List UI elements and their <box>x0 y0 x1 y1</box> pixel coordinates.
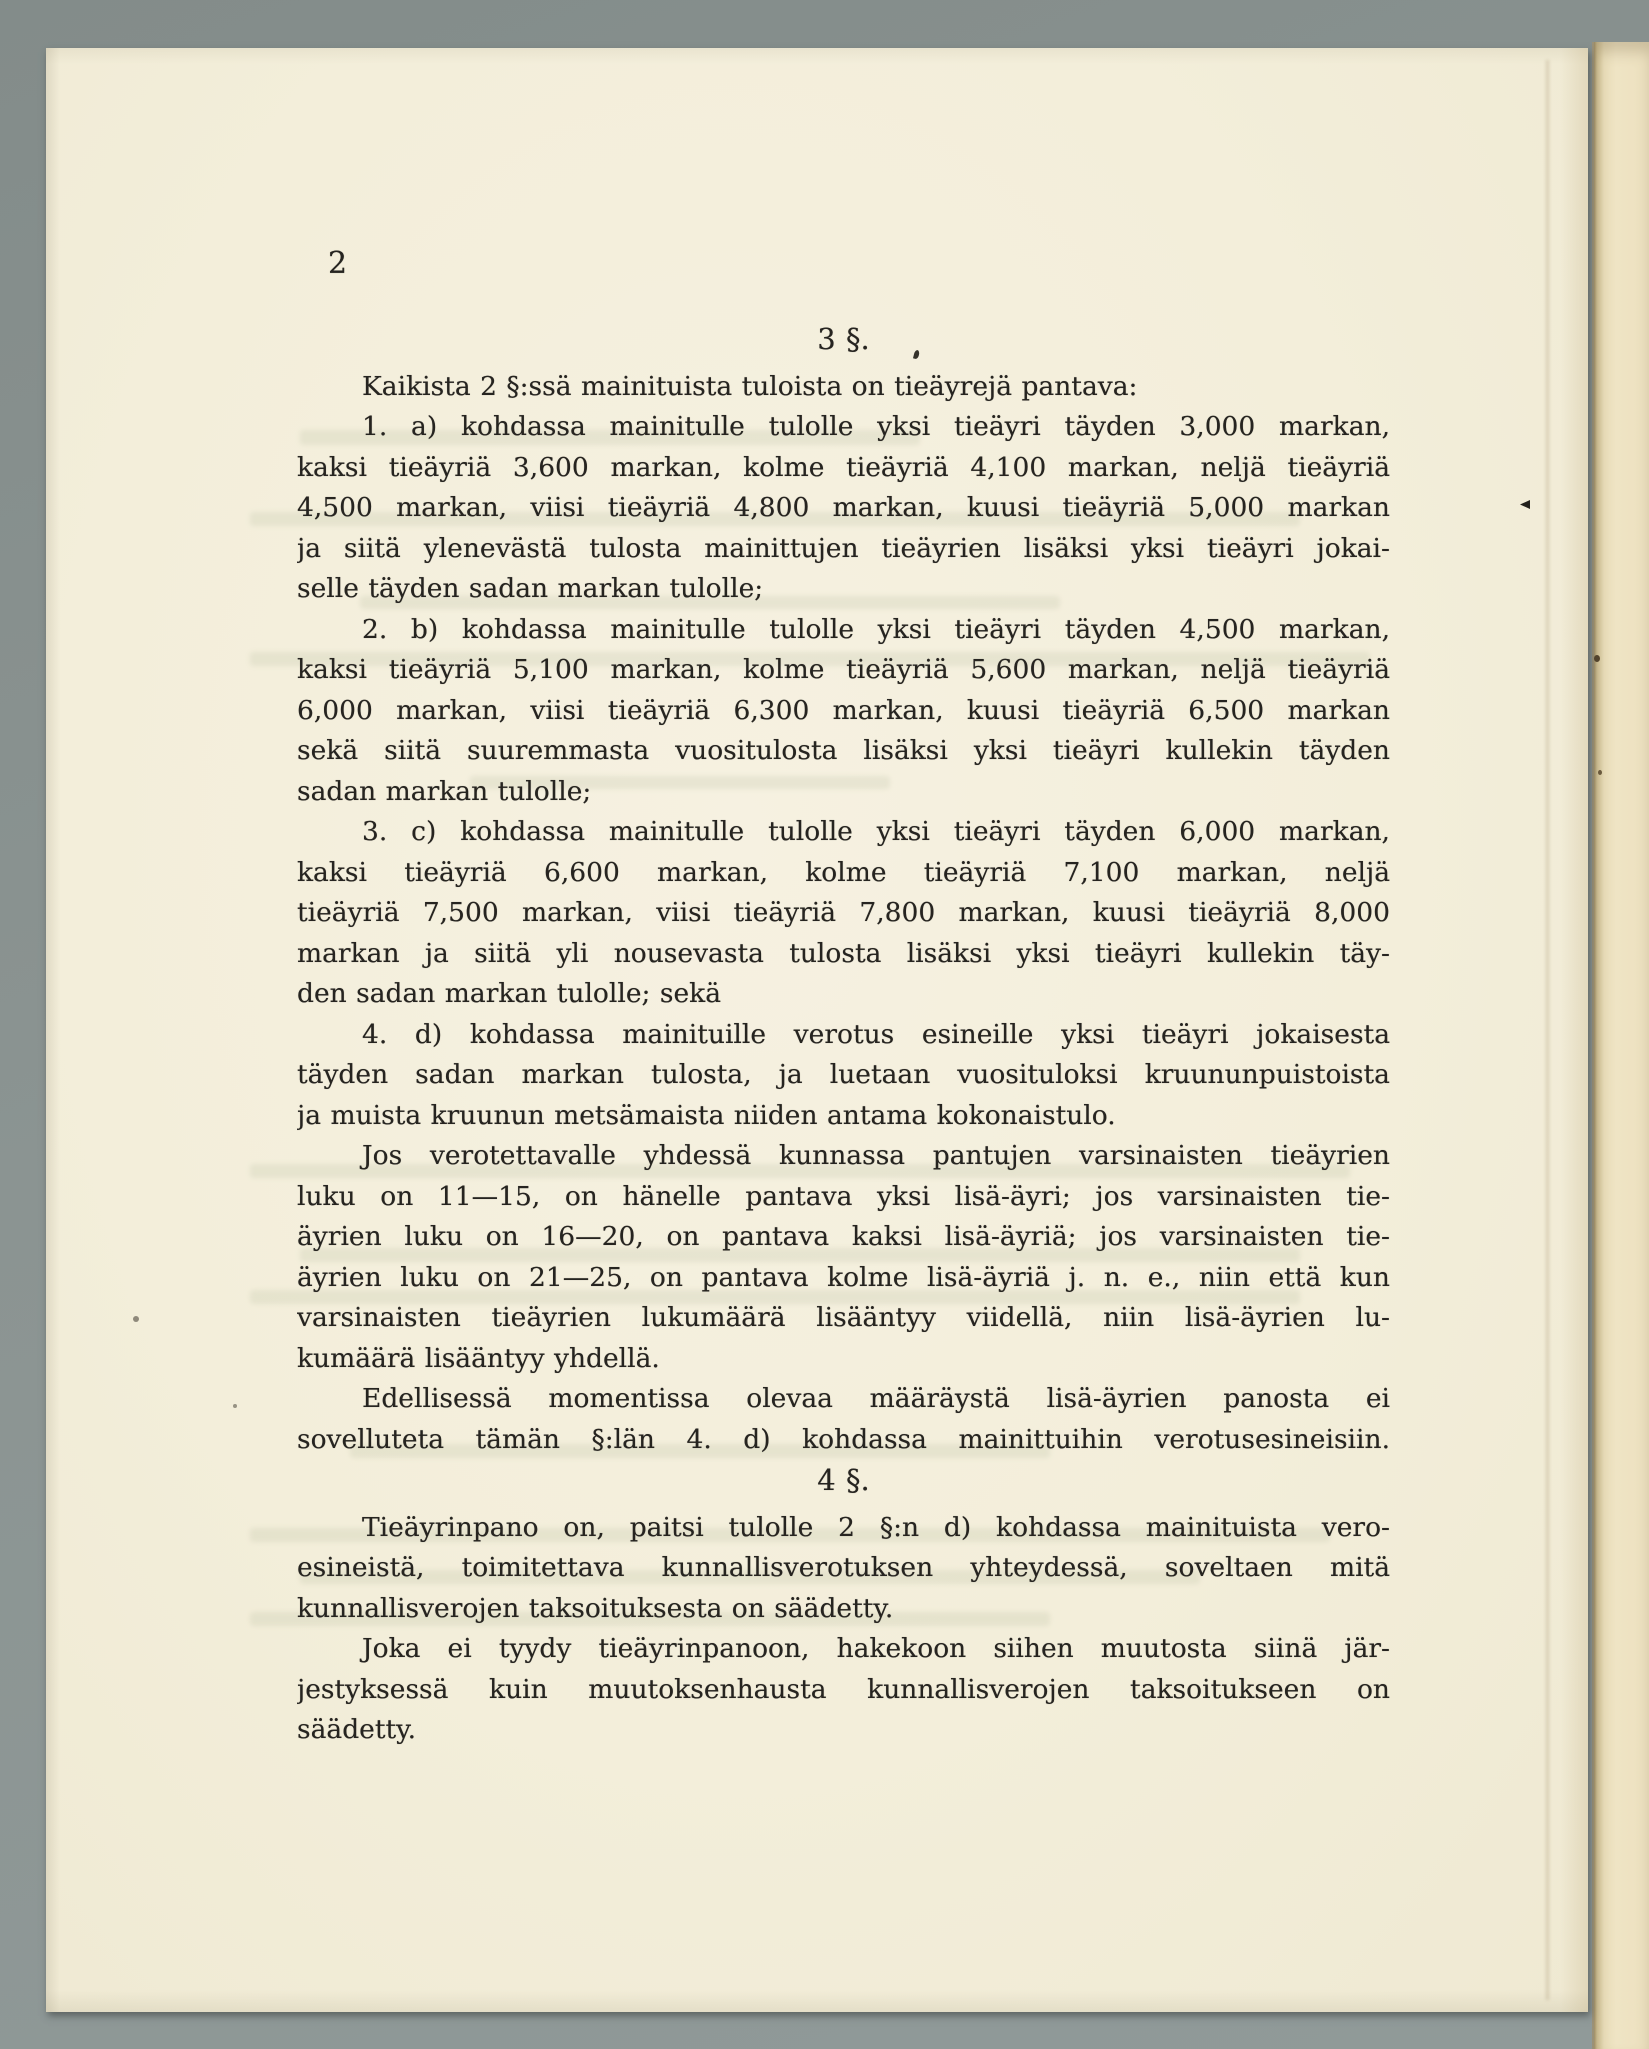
text-line: Tieäyrinpano on, paitsi tulolle 2 §:n d)… <box>297 1508 1390 1549</box>
text-line: 4,500 markan, viisi tieäyriä 4,800 marka… <box>297 488 1390 529</box>
text-line: jestyksessä kuin muutoksenhausta kunnall… <box>297 1670 1390 1711</box>
text-line: esineistä, toimitettava kunnallisverotuk… <box>297 1548 1390 1589</box>
text-line: 4. d) kohdassa mainituille verotus esine… <box>297 1015 1390 1056</box>
text-line: kaksi tieäyriä 5,100 markan, kolme tieäy… <box>297 650 1390 691</box>
text-line: varsinaisten tieäyrien lukumäärä lisäänt… <box>297 1298 1390 1339</box>
text-line: säädetty. <box>297 1710 1390 1751</box>
text-line: markan ja siitä yli nousevasta tulosta l… <box>297 934 1390 975</box>
text-line: 1. a) kohdassa mainitulle tulolle yksi t… <box>297 407 1390 448</box>
ink-speck <box>233 1404 237 1408</box>
section-heading: 4 §. <box>297 1460 1390 1501</box>
text-line: tieäyriä 7,500 markan, viisi tieäyriä 7,… <box>297 893 1390 934</box>
text-line: Joka ei tyydy tieäyrinpanoon, hakekoon s… <box>297 1629 1390 1670</box>
text-line: den sadan markan tulolle; sekä <box>297 974 1390 1015</box>
next-page-edge <box>1592 42 1649 2049</box>
text-line: 6,000 markan, viisi tieäyriä 6,300 marka… <box>297 691 1390 732</box>
text-line: sovelluteta tämän §:län 4. d) kohdassa m… <box>297 1420 1390 1461</box>
text-line: ja siitä ylenevästä tulosta mainittujen … <box>297 529 1390 570</box>
ink-speck <box>1520 500 1530 509</box>
ink-speck <box>133 1316 139 1322</box>
section-heading: 3 §. <box>297 319 1390 360</box>
text-line: selle täyden sadan markan tulolle; <box>297 569 1390 610</box>
text-line: Jos verotettavalle yhdessä kunnassa pant… <box>297 1136 1390 1177</box>
text-line: luku on 11—15, on hänelle pantava yksi l… <box>297 1177 1390 1218</box>
page-text-column: 3 §.Kaikista 2 §:ssä mainituista tuloist… <box>297 319 1390 1751</box>
book-page: 2 3 §.Kaikista 2 §:ssä mainituista tuloi… <box>46 48 1588 2012</box>
paper-crease <box>1546 60 1549 2000</box>
text-line: sekä siitä suuremmasta vuositulosta lisä… <box>297 731 1390 772</box>
text-line: äyrien luku on 16—20, on pantava kaksi l… <box>297 1217 1390 1258</box>
text-line: kumäärä lisääntyy yhdellä. <box>297 1339 1390 1380</box>
text-line: sadan markan tulolle; <box>297 772 1390 813</box>
text-line: kaksi tieäyriä 6,600 markan, kolme tieäy… <box>297 853 1390 894</box>
paper-flaw <box>1598 770 1602 775</box>
scan-background: { "document": { "page_number": "2", "lin… <box>0 0 1649 2049</box>
text-line: kunnallisverojen taksoituksesta on sääde… <box>297 1589 1390 1630</box>
text-line: 3. c) kohdassa mainitulle tulolle yksi t… <box>297 812 1390 853</box>
text-line: kaksi tieäyriä 3,600 markan, kolme tieäy… <box>297 448 1390 489</box>
text-line: täyden sadan markan tulosta, ja luetaan … <box>297 1055 1390 1096</box>
paper-flaw <box>1594 655 1600 662</box>
page-number: 2 <box>328 244 347 284</box>
text-line: Edellisessä momentissa olevaa määräystä … <box>297 1379 1390 1420</box>
text-line: äyrien luku on 21—25, on pantava kolme l… <box>297 1258 1390 1299</box>
text-line: Kaikista 2 §:ssä mainituista tuloista on… <box>297 367 1390 408</box>
text-line: 2. b) kohdassa mainitulle tulolle yksi t… <box>297 610 1390 651</box>
text-line: ja muista kruunun metsämaista niiden ant… <box>297 1096 1390 1137</box>
